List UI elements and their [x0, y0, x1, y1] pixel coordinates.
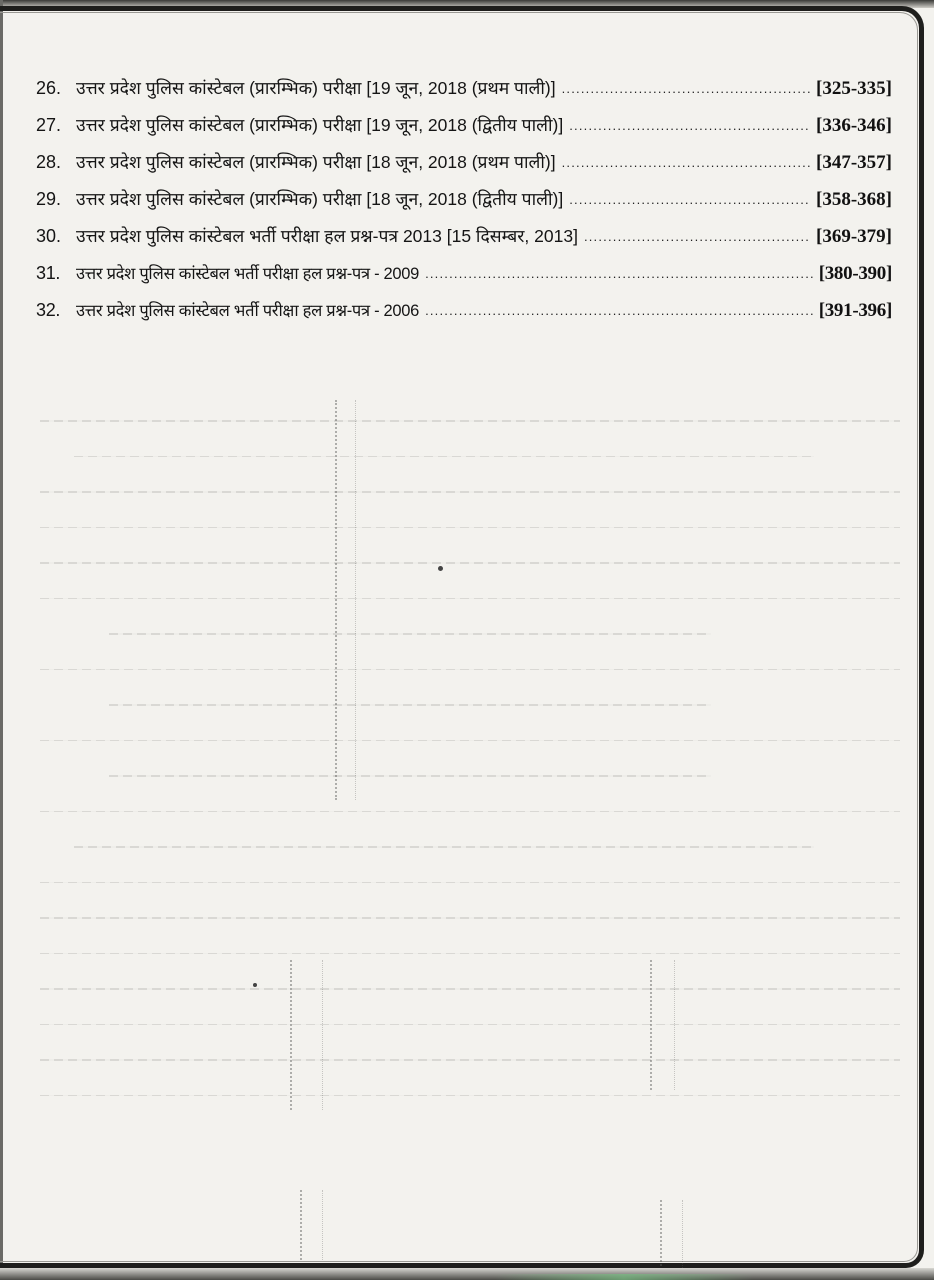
bleed-line: [40, 420, 900, 422]
entry-title: उत्तर प्रदेश पुलिस कांस्टेबल भर्ती परीक्…: [72, 298, 419, 321]
bleed-line: [40, 598, 900, 600]
table-of-contents: 26. उत्तर प्रदेश पुलिस कांस्टेबल (प्रारम…: [36, 76, 892, 335]
toc-entry-31: 31. उत्तर प्रदेश पुलिस कांस्टेबल भर्ती प…: [36, 261, 892, 298]
bleed-line: [74, 846, 814, 848]
ink-smudge: [290, 960, 323, 1110]
entry-title: उत्तर प्रदेश पुलिस कांस्टेबल (प्रारम्भिक…: [72, 76, 556, 100]
toc-entry-30: 30. उत्तर प्रदेश पुलिस कांस्टेबल भर्ती प…: [36, 224, 892, 261]
dot-leader: [562, 81, 810, 96]
entry-pages: [369-379]: [816, 226, 892, 248]
entry-number: 30.: [36, 226, 72, 247]
bleed-line: [40, 988, 900, 990]
bleed-line: [40, 882, 900, 884]
entry-pages: [380-390]: [819, 263, 892, 285]
entry-pages: [336-346]: [816, 115, 892, 137]
bleed-line: [40, 1024, 900, 1026]
entry-number: 31.: [36, 263, 72, 284]
entry-number: 28.: [36, 152, 72, 173]
dot-leader: [584, 229, 810, 244]
scanned-page: 26. उत्तर प्रदेश पुलिस कांस्टेबल (प्रारम…: [0, 0, 934, 1280]
page-bottom-edge: [0, 1268, 934, 1280]
entry-title: उत्तर प्रदेश पुलिस कांस्टेबल (प्रारम्भिक…: [72, 113, 563, 137]
ink-smudge: [650, 960, 675, 1090]
bleed-line: [40, 491, 900, 493]
dot-leader: [425, 303, 813, 318]
ink-speck: [253, 983, 257, 987]
ink-smudge: [660, 1200, 683, 1270]
dot-leader: [425, 266, 813, 281]
entry-title: उत्तर प्रदेश पुलिस कांस्टेबल (प्रारम्भिक…: [72, 150, 556, 174]
ink-smudge: [300, 1190, 323, 1260]
bleed-line: [40, 953, 900, 955]
bleed-line: [109, 775, 711, 777]
bleed-line: [40, 811, 900, 813]
background-surface: [494, 1274, 754, 1280]
dot-leader: [569, 118, 810, 133]
entry-pages: [347-357]: [816, 152, 892, 174]
entry-number: 29.: [36, 189, 72, 210]
bleed-line: [74, 456, 814, 458]
bleed-line: [109, 633, 711, 635]
reverse-side-bleed-through: [40, 420, 900, 1130]
entry-title: उत्तर प्रदेश पुलिस कांस्टेबल भर्ती परीक्…: [72, 224, 578, 248]
entry-number: 27.: [36, 115, 72, 136]
toc-entry-28: 28. उत्तर प्रदेश पुलिस कांस्टेबल (प्रारम…: [36, 150, 892, 187]
bleed-line: [40, 917, 900, 919]
entry-title: उत्तर प्रदेश पुलिस कांस्टेबल (प्रारम्भिक…: [72, 187, 563, 211]
toc-entry-27: 27. उत्तर प्रदेश पुलिस कांस्टेबल (प्रारम…: [36, 113, 892, 150]
ink-speck: [438, 566, 443, 571]
bleed-line: [40, 1059, 900, 1061]
page-top-edge: [0, 0, 934, 8]
entry-pages: [358-368]: [816, 189, 892, 211]
bleed-line: [40, 669, 900, 671]
bleed-line: [40, 527, 900, 529]
page-left-edge: [0, 0, 3, 1280]
ink-smudge: [335, 400, 356, 800]
entry-number: 32.: [36, 300, 72, 321]
entry-title: उत्तर प्रदेश पुलिस कांस्टेबल भर्ती परीक्…: [72, 261, 419, 284]
entry-number: 26.: [36, 78, 72, 99]
bleed-line: [40, 1095, 900, 1097]
dot-leader: [569, 192, 810, 207]
toc-entry-32: 32. उत्तर प्रदेश पुलिस कांस्टेबल भर्ती प…: [36, 298, 892, 335]
toc-entry-29: 29. उत्तर प्रदेश पुलिस कांस्टेबल (प्रारम…: [36, 187, 892, 224]
dot-leader: [562, 155, 810, 170]
bleed-line: [40, 740, 900, 742]
entry-pages: [391-396]: [819, 300, 892, 322]
toc-entry-26: 26. उत्तर प्रदेश पुलिस कांस्टेबल (प्रारम…: [36, 76, 892, 113]
entry-pages: [325-335]: [816, 78, 892, 100]
bleed-line: [109, 704, 711, 706]
bleed-line: [40, 562, 900, 564]
